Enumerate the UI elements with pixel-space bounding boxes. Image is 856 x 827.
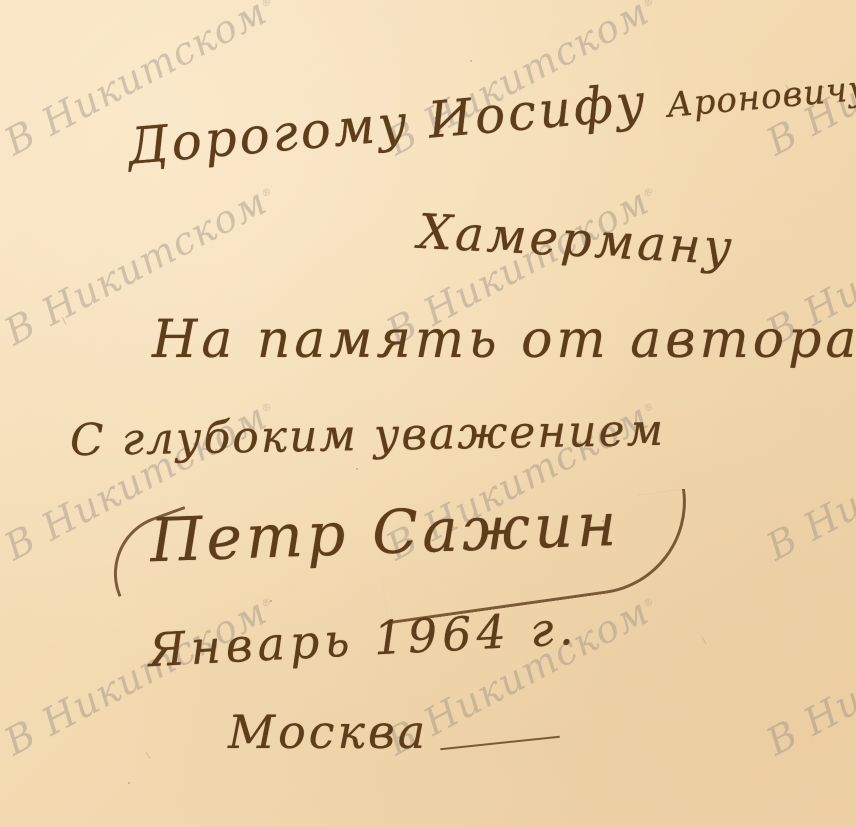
recipient-patronymic: Ароновичу: [665, 68, 856, 125]
paper-speck: [470, 60, 472, 62]
paper-fiber: [702, 637, 707, 644]
inscription-line-respect: С глубоким уважением: [70, 405, 666, 466]
inscription-date: Январь 1964 г.: [147, 601, 580, 677]
watermark: В Никитском®: [759, 389, 856, 569]
paper-speck: [128, 782, 130, 784]
inscription-line-recipient: Дорогому Иосифу Ароновичу: [125, 53, 856, 176]
recipient-name: Дорогому Иосифу: [125, 73, 650, 176]
memory-text: На память от автора: [152, 310, 856, 370]
paper-fiber: [62, 317, 67, 324]
inscription-place: Москва: [228, 705, 428, 759]
watermark: В Никитском®: [759, 584, 856, 764]
place-underline-stroke: [440, 736, 560, 751]
aged-paper-page: В Никитском® В Никитском® В Никитском® В…: [0, 0, 856, 827]
paper-fiber: [146, 752, 151, 759]
paper-speck: [356, 468, 358, 470]
paper-speck: [270, 600, 272, 602]
inscription-line-memory: На память от автора.: [152, 310, 856, 370]
inscription-line-surname: Хамерману: [417, 204, 736, 276]
